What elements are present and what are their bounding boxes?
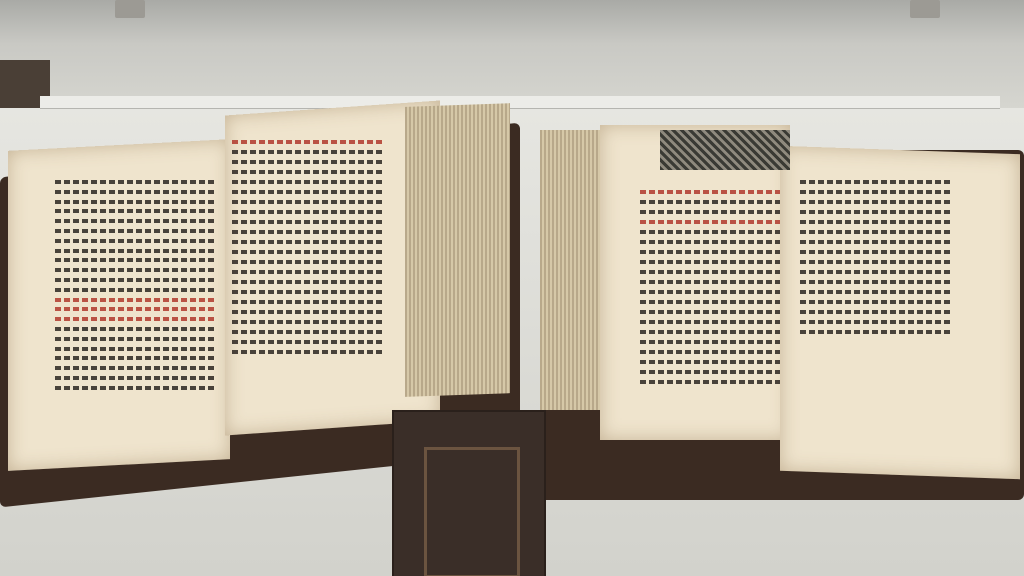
text-line	[55, 307, 215, 311]
text-line	[640, 290, 780, 294]
glass-rail	[40, 96, 1000, 109]
page-edges	[405, 103, 510, 397]
text-line	[55, 180, 215, 184]
text-line	[55, 209, 215, 213]
text-line	[232, 220, 382, 224]
text-line	[55, 229, 215, 233]
text-line	[640, 270, 780, 274]
text-line	[640, 230, 780, 234]
text-line	[800, 190, 950, 194]
text-line	[232, 140, 382, 144]
text-line	[640, 370, 780, 374]
ornamental-headpiece	[660, 130, 790, 170]
text-line	[55, 376, 215, 380]
text-line	[55, 327, 215, 331]
text-line	[55, 200, 215, 204]
text-line	[55, 278, 215, 282]
text-line	[55, 386, 215, 390]
tooled-panel	[424, 447, 520, 576]
text-line	[232, 280, 382, 284]
text-line	[232, 290, 382, 294]
text-line	[232, 200, 382, 204]
text-line	[55, 258, 215, 262]
text-line	[640, 360, 780, 364]
text-line	[800, 200, 950, 204]
text-line	[640, 350, 780, 354]
text-line	[55, 317, 215, 321]
text-line	[55, 190, 215, 194]
text-line	[55, 219, 215, 223]
text-line	[640, 210, 780, 214]
text-line	[55, 337, 215, 341]
text-line	[640, 260, 780, 264]
text-line	[55, 298, 215, 302]
text-line	[232, 270, 382, 274]
text-line	[232, 230, 382, 234]
text-line	[800, 330, 950, 334]
text-line	[55, 249, 215, 253]
text-line	[232, 190, 382, 194]
text-line	[232, 250, 382, 254]
text-line	[640, 380, 780, 384]
text-line	[800, 320, 950, 324]
text-line	[55, 268, 215, 272]
text-line	[232, 320, 382, 324]
text-line	[232, 180, 382, 184]
text-line	[800, 250, 950, 254]
text-line	[640, 280, 780, 284]
text-line	[640, 200, 780, 204]
display-case-top	[0, 0, 1024, 110]
text-line	[232, 300, 382, 304]
text-line	[800, 270, 950, 274]
text-line	[232, 260, 382, 264]
text-line	[232, 340, 382, 344]
text-line	[800, 280, 950, 284]
text-line	[800, 220, 950, 224]
text-line	[55, 347, 215, 351]
text-line	[800, 300, 950, 304]
text-line	[800, 290, 950, 294]
text-line	[800, 240, 950, 244]
text-line	[232, 240, 382, 244]
text-line	[232, 210, 382, 214]
text-line	[640, 240, 780, 244]
text-line	[800, 210, 950, 214]
case-clip	[910, 0, 940, 18]
text-line	[55, 288, 215, 292]
text-line	[640, 300, 780, 304]
text-line	[640, 310, 780, 314]
text-line	[800, 180, 950, 184]
case-clip	[115, 0, 145, 18]
text-line	[800, 310, 950, 314]
text-line	[55, 366, 215, 370]
text-line	[55, 239, 215, 243]
text-line	[800, 260, 950, 264]
text-line	[640, 250, 780, 254]
text-line	[640, 340, 780, 344]
text-line	[640, 190, 780, 194]
text-line	[800, 230, 950, 234]
text-line	[232, 170, 382, 174]
closed-leather-book	[392, 410, 546, 576]
text-line	[640, 330, 780, 334]
text-line	[232, 160, 382, 164]
text-line	[55, 356, 215, 360]
text-line	[640, 320, 780, 324]
text-line	[232, 330, 382, 334]
text-line	[232, 150, 382, 154]
text-line	[232, 310, 382, 314]
text-line	[232, 350, 382, 354]
text-line	[640, 220, 780, 224]
